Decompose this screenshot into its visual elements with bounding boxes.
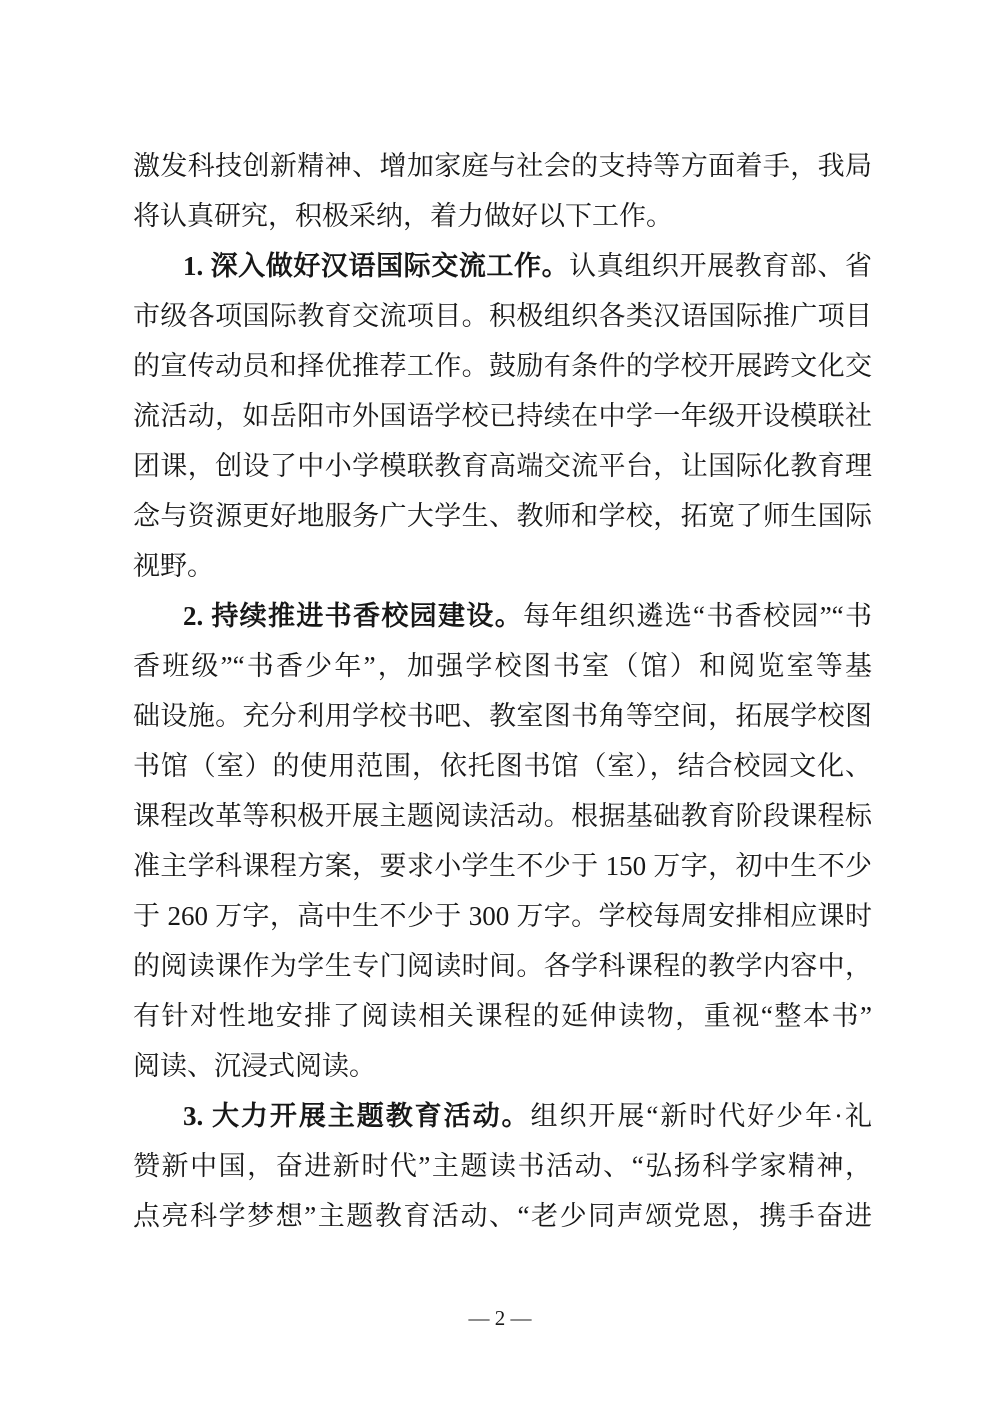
line-text: 团课，创设了中小学模联教育高端交流平台，让国际化教育理	[133, 451, 872, 481]
line-text: 每年组织遴选“书香校园”“书	[523, 601, 872, 631]
text-line: 点亮科学梦想”主题教育活动、“老少同声颂党恩，携手奋进	[133, 1191, 872, 1241]
line-text: 有针对性地安排了阅读相关课程的延伸读物，重视“整本书”	[133, 1001, 872, 1031]
line-text: 于 260 万字，高中生不少于 300 万字。学校每周安排相应课时	[133, 901, 872, 931]
text-line: 1. 深入做好汉语国际交流工作。认真组织开展教育部、省	[133, 241, 872, 291]
line-text: 念与资源更好地服务广大学生、教师和学校，拓宽了师生国际	[133, 501, 872, 531]
line-text: 将认真研究，积极采纳，着力做好以下工作。	[133, 201, 673, 231]
line-text: 赞新中国，奋进新时代”主题读书活动、“弘扬科学家精神，	[133, 1151, 872, 1181]
text-line: 书馆（室）的使用范围，依托图书馆（室），结合校园文化、	[133, 741, 872, 791]
line-text: 础设施。充分利用学校书吧、教室图书角等空间，拓展学校图	[133, 701, 872, 731]
line-text: 组织开展“新时代好少年·礼	[531, 1101, 872, 1131]
line-text: 课程改革等积极开展主题阅读活动。根据基础教育阶段课程标	[133, 801, 872, 831]
document-body: 激发科技创新精神、增加家庭与社会的支持等方面着手，我局 将认真研究，积极采纳，着…	[133, 141, 872, 1241]
text-line: 有针对性地安排了阅读相关课程的延伸读物，重视“整本书”	[133, 991, 872, 1041]
text-line: 的阅读课作为学生专门阅读时间。各学科课程的教学内容中，	[133, 941, 872, 991]
document-page: 激发科技创新精神、增加家庭与社会的支持等方面着手，我局 将认真研究，积极采纳，着…	[0, 0, 1000, 1414]
section-heading: 3. 大力开展主题教育活动。	[183, 1101, 531, 1131]
text-line: 2. 持续推进书香校园建设。每年组织遴选“书香校园”“书	[133, 591, 872, 641]
text-line: 础设施。充分利用学校书吧、教室图书角等空间，拓展学校图	[133, 691, 872, 741]
text-line: 的宣传动员和择优推荐工作。鼓励有条件的学校开展跨文化交	[133, 341, 872, 391]
line-text: 激发科技创新精神、增加家庭与社会的支持等方面着手，我局	[133, 151, 872, 181]
line-text: 阅读、沉浸式阅读。	[133, 1051, 376, 1081]
text-line: 赞新中国，奋进新时代”主题读书活动、“弘扬科学家精神，	[133, 1141, 872, 1191]
text-line: 将认真研究，积极采纳，着力做好以下工作。	[133, 191, 872, 241]
text-line: 准主学科课程方案，要求小学生不少于 150 万字，初中生不少	[133, 841, 872, 891]
text-line: 香班级”“书香少年”，加强学校图书室（馆）和阅览室等基	[133, 641, 872, 691]
text-line: 课程改革等积极开展主题阅读活动。根据基础教育阶段课程标	[133, 791, 872, 841]
text-line: 流活动，如岳阳市外国语学校已持续在中学一年级开设模联社	[133, 391, 872, 441]
section-heading: 2. 持续推进书香校园建设。	[183, 601, 523, 631]
text-line: 念与资源更好地服务广大学生、教师和学校，拓宽了师生国际	[133, 491, 872, 541]
line-text: 流活动，如岳阳市外国语学校已持续在中学一年级开设模联社	[133, 401, 872, 431]
line-text: 点亮科学梦想”主题教育活动、“老少同声颂党恩，携手奋进	[133, 1201, 872, 1231]
text-line: 阅读、沉浸式阅读。	[133, 1041, 872, 1091]
text-line: 市级各项国际教育交流项目。积极组织各类汉语国际推广项目	[133, 291, 872, 341]
page-number: — 2 —	[469, 1306, 532, 1330]
line-text: 的宣传动员和择优推荐工作。鼓励有条件的学校开展跨文化交	[133, 351, 872, 381]
text-line: 团课，创设了中小学模联教育高端交流平台，让国际化教育理	[133, 441, 872, 491]
section-heading: 1. 深入做好汉语国际交流工作。	[183, 251, 569, 281]
text-line: 于 260 万字，高中生不少于 300 万字。学校每周安排相应课时	[133, 891, 872, 941]
text-line: 激发科技创新精神、增加家庭与社会的支持等方面着手，我局	[133, 141, 872, 191]
line-text: 香班级”“书香少年”，加强学校图书室（馆）和阅览室等基	[133, 651, 872, 681]
text-line: 视野。	[133, 541, 872, 591]
line-text: 市级各项国际教育交流项目。积极组织各类汉语国际推广项目	[133, 301, 872, 331]
line-text: 认真组织开展教育部、省	[569, 251, 872, 281]
line-text: 的阅读课作为学生专门阅读时间。各学科课程的教学内容中，	[133, 951, 872, 981]
line-text: 书馆（室）的使用范围，依托图书馆（室），结合校园文化、	[133, 751, 872, 781]
text-line: 3. 大力开展主题教育活动。组织开展“新时代好少年·礼	[133, 1091, 872, 1141]
line-text: 准主学科课程方案，要求小学生不少于 150 万字，初中生不少	[133, 851, 872, 881]
line-text: 视野。	[133, 551, 214, 581]
page-footer: — 2 —	[0, 1302, 1000, 1334]
